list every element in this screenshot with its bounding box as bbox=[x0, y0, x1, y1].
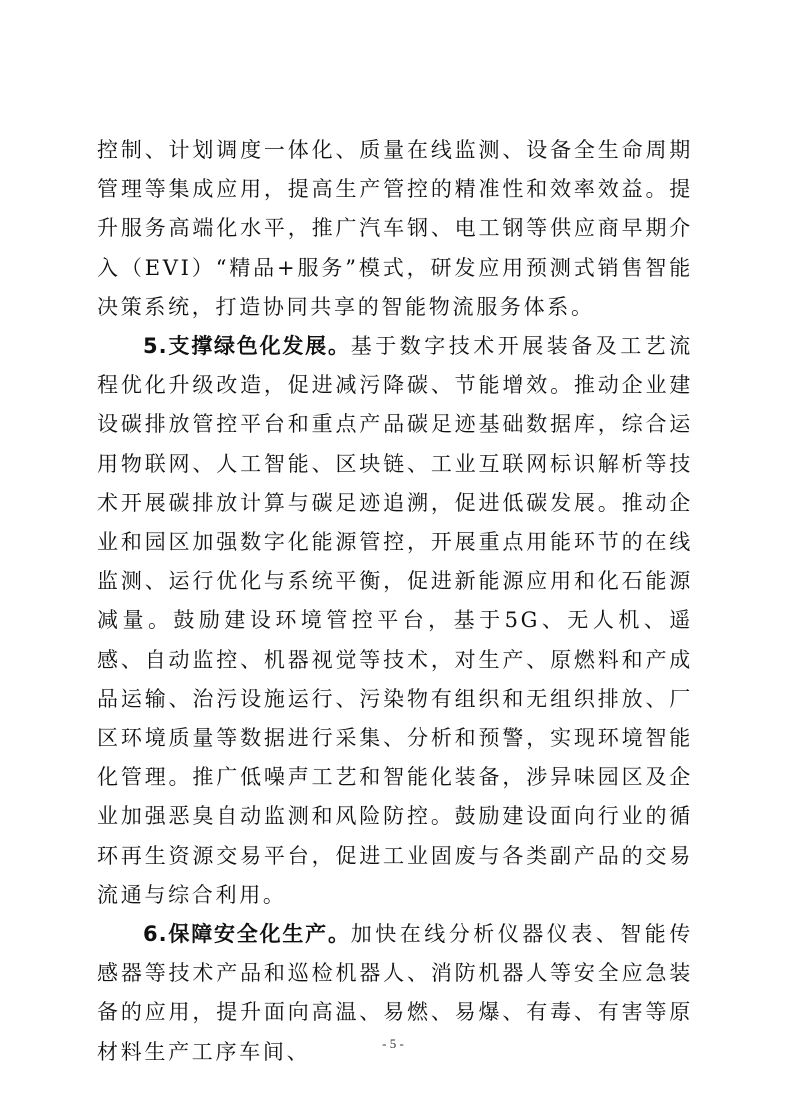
paragraph-continuation: 控制、计划调度一体化、质量在线监测、设备全生命周期管理等集成应用，提高生产管控的… bbox=[97, 131, 693, 327]
document-body: 控制、计划调度一体化、质量在线监测、设备全生命周期管理等集成应用，提高生产管控的… bbox=[97, 131, 693, 1072]
page-number: - 5 - bbox=[0, 1036, 786, 1052]
section-heading-5: 5.支撑绿色化发展。 bbox=[143, 334, 351, 358]
paragraph-text: 控制、计划调度一体化、质量在线监测、设备全生命周期管理等集成应用，提高生产管控的… bbox=[97, 138, 693, 319]
paragraph-text: 基于数字技术开展装备及工艺流程优化升级改造，促进减污降碳、节能增效。推动企业建设… bbox=[97, 334, 693, 907]
section-heading-6: 6.保障安全化生产。 bbox=[143, 922, 351, 946]
paragraph-green-development: 5.支撑绿色化发展。基于数字技术开展装备及工艺流程优化升级改造，促进减污降碳、节… bbox=[97, 327, 693, 915]
